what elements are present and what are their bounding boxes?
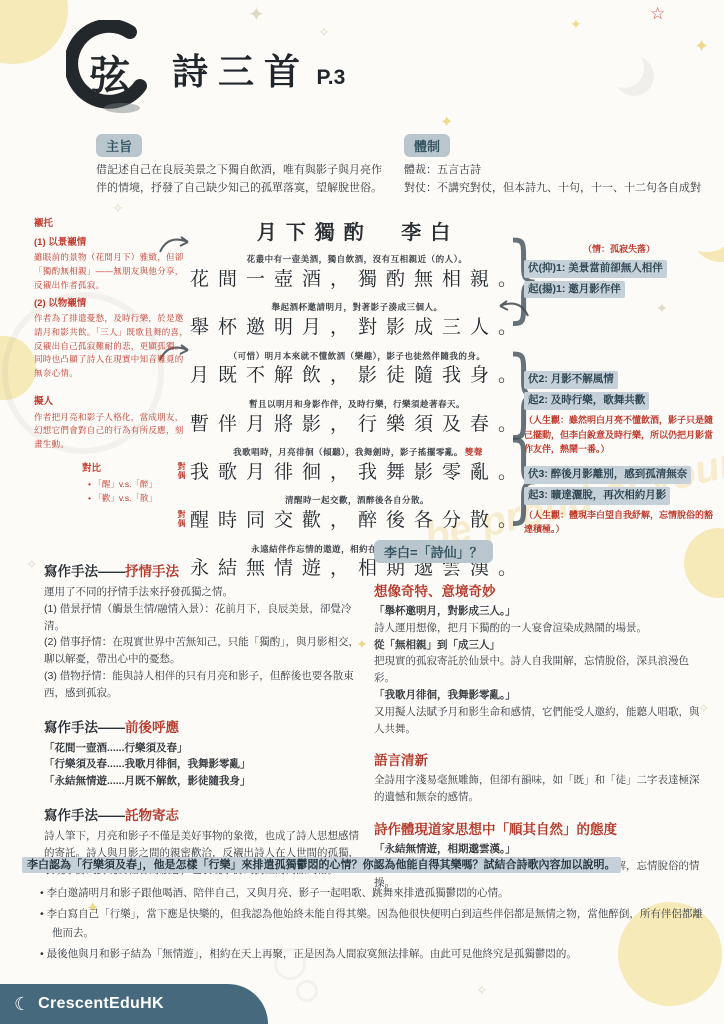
circle-doodle	[296, 980, 318, 1002]
structure-note: 伏(抑)1: 美景當前卻無人相伴	[524, 260, 667, 278]
analysis-text: 詩人運用想像，把月下獨酌的一人宴會渲染成熱鬧的場景。	[374, 620, 708, 637]
poem-author: 李白	[401, 222, 459, 244]
quote-line: 從「無相親」到「成三人」	[374, 637, 708, 654]
poem-gloss: 花叢中有一壺美酒，獨自飲酒，沒有互相親近（的人）。	[247, 254, 468, 264]
exam-question: 李白認為「行樂須及春」，他是怎樣「行樂」來排遣孤獨鬱悶的心情？你認為他能自得其樂…	[22, 855, 698, 876]
technique-heading: 寫作手法——託物寄志	[44, 804, 362, 824]
contrast-title: 對比	[82, 461, 190, 476]
poem-section: 月下獨酌 李白 花叢中有一壺美酒，獨自飲酒，沒有互相親近（的人）。 花間一壺酒，…	[190, 216, 526, 591]
technique-name: 前後呼應	[125, 720, 179, 735]
technique-prefix: 寫作手法——	[44, 720, 125, 735]
poem-title: 月下獨酌	[257, 222, 373, 244]
poem-line: 月既不解飲，影徒隨我身。	[190, 365, 526, 386]
life-view-note: （人生觀：雖然明白月亮不懂飲酒，影子只是隨己擺動，但李白銳意及時行樂，所以仍把月…	[524, 413, 714, 456]
echo-item: 「永結無情遊......月既不解飲，影徒隨我身」	[44, 773, 362, 790]
moon-decoration	[0, 336, 36, 400]
technique-prefix: 寫作手法——	[44, 808, 125, 823]
quote-line: 「舉杯邀明月，對影成三人。」	[374, 603, 708, 620]
techniques-column: 寫作手法——抒情手法 運用了不同的抒情手法來抒發孤獨之情。 (1) 借景抒情（觸…	[44, 546, 362, 878]
analysis-heading: 想像奇特、意境奇妙	[374, 580, 708, 600]
star-icon: ✧	[476, 982, 488, 999]
poet-badge: 李白=「詩仙」？	[374, 540, 493, 563]
answer-list: 李白邀請明月和影子跟他喝酒、陪伴自己，又與月亮、影子一起唱歌、跳舞來排遣孤獨鬱悶…	[40, 884, 704, 966]
poem-line: 花間一壺酒，獨酌無相親。	[190, 269, 526, 290]
contrast-item: 「醒」v.s.「醉」	[88, 478, 190, 492]
right-margin-notes: （情：孤寂失落） 伏(抑)1: 美景當前卻無人相伴 起(揚)1: 邀月影作伴 伏…	[524, 240, 714, 539]
brand-name: CrescentEduHK	[38, 995, 164, 1013]
technique-item: (3) 借物抒情：能與詩人相伴的只有月亮和影子，但醉後也要各散東西，感到孤寂。	[44, 668, 362, 702]
answer-item: 最後他與月和影子結為「無情遊」，相約在天上再聚，正是因為人間寂寞無法排解。由此可…	[40, 945, 704, 964]
technique-heading: 寫作手法——抒情手法	[44, 560, 362, 580]
structure-note: 伏2: 月影不解風情	[524, 371, 618, 389]
technique-name: 抒情手法	[125, 564, 179, 579]
poem-couplet: 我歌唱時，月亮徘徊（傾聽），我舞劍時，影子搖擺零亂。雙聲 對偶我歌月徘徊，我舞影…	[190, 446, 526, 487]
contrast-item: 「歡」v.s.「散」	[88, 492, 190, 506]
form-genre: 體裁：五言古詩	[404, 162, 704, 180]
poem-title-line: 月下獨酌 李白	[190, 216, 526, 245]
summary-section: 主旨 借記述自己在良辰美景之下獨自飲酒，唯有與影子與月亮作伴的情境，抒發了自己缺…	[96, 134, 388, 197]
poem-line: 暫伴月將影，行樂須及春。	[190, 414, 526, 435]
star-icon: ☆	[650, 4, 665, 24]
poem-couplet: 舉起酒杯邀請明月，對著影子湊成三個人。 舉杯邀明月，對影成三人。	[190, 301, 526, 342]
foil-item-text: 作者為了排遣憂愁，及時行樂，於是邀請月和影共飲。「三人」既歌且舞的喜，反襯出自己…	[34, 312, 190, 380]
structure-note: 伏3: 醉後月影離別，感到孤清無奈	[524, 466, 691, 484]
analysis-text: 全詩用字淺易毫無雕飾，但卻有韻味，如「既」和「徒」二字表達極深的遺憾和無奈的感情…	[374, 772, 708, 806]
star-icon: ✦	[694, 36, 709, 57]
technique-item: (1) 借景抒情（觸景生情/融情入景）：花前月下，良辰美景，卻覺冷清。	[44, 601, 362, 635]
couplet-label: 對偶	[176, 462, 187, 480]
page-title: 詩三首 P.3	[172, 44, 345, 95]
answer-item: 李白寫自己「行樂」，當下應是快樂的，但我認為他始終未能自得其樂。因為他很快便明白…	[40, 905, 704, 943]
left-margin-notes: 襯托 (1) 以景襯情 雖眼前的景物（花間月下）雅緻，但卻「獨酌無相親」——無朋…	[34, 212, 190, 506]
footer-brand-banner: ☾ CrescentEduHK	[0, 984, 268, 1024]
star-icon: ✧	[26, 556, 38, 573]
structure-note: 起2: 及時行樂，歌舞共歡	[524, 392, 649, 410]
question-text: 李白認為「行樂須及春」，他是怎樣「行樂」來排遣孤獨鬱悶的心情？你認為他能自得其樂…	[22, 857, 621, 873]
mood-note: （情：孤寂失落）	[524, 242, 714, 256]
analysis-heading: 語言清新	[374, 749, 708, 769]
foil-item-title: (2) 以物襯情	[34, 296, 190, 311]
poem-gloss: 清醒時一起交歡，酒醉後各自分散。	[285, 495, 429, 505]
summary-badge: 主旨	[96, 134, 142, 157]
title-text: 詩三首	[172, 44, 310, 95]
rhetoric-tag: 雙聲	[465, 447, 483, 457]
poem-gloss: 暫且以明月和身影作伴，及時行樂，行樂須趁著春天。	[249, 399, 465, 409]
couplet-label: 對偶	[176, 510, 187, 528]
form-section: 體制 體裁：五言古詩 對仗：不講究對仗，但本詩九、十句，十一、十二句各自成對	[404, 134, 704, 197]
star-icon: ✦	[440, 112, 453, 132]
poem-line: 醒時同交歡，醉後各分散。	[190, 510, 526, 531]
poem-line: 我歌月徘徊，我舞影零亂。	[190, 462, 526, 483]
poem-gloss: 我歌唱時，月亮徘徊（傾聽），我舞劍時，影子搖擺零亂。	[233, 447, 463, 457]
crescent-moon-decoration	[604, 48, 644, 88]
foil-item-title: (1) 以景襯情	[34, 235, 190, 250]
summary-text: 借記述自己在良辰美景之下獨自飲酒，唯有與影子與月亮作伴的情境，抒發了自己缺少知己…	[96, 162, 388, 197]
poem-couplet: （可惜）明月本來就不懂飲酒（樂趣），影子也徒然伴隨我的身。 月既不解飲，影徒隨我…	[190, 350, 526, 391]
form-antithesis: 對仗：不講究對仗，但本詩九、十句，十一、十二句各自成對	[404, 180, 704, 198]
poet-analysis-column: 李白=「詩仙」？ 想像奇特、意境奇妙 「舉杯邀明月，對影成三人。」 詩人運用想像…	[374, 540, 708, 891]
analysis-heading: 詩作體現道家思想中「順其自然」的態度	[374, 818, 708, 838]
worksheet-page: ✦ ✧ ☆ ✦ ✦ ✧ ✦ ✧ ✦ ✧ ✦ ✧ ✦ be proud of yo…	[0, 0, 724, 1024]
life-view-note: （人生觀：體現李白望自我紓解，忘情脫俗的豁達積極。）	[524, 508, 714, 537]
personification-title: 擬人	[34, 394, 190, 409]
technique-prefix: 寫作手法——	[44, 564, 125, 579]
form-badge: 體制	[404, 134, 450, 157]
analysis-text: 又用擬人法賦予月和影生命和感情，它們能受人邀約，能聽人唱歌，與人共舞。	[374, 704, 708, 738]
personification-text: 作者把月亮和影子人格化，當成朋友，幻想它們會對自己的行為有所反應，刻畫生動。	[34, 411, 190, 452]
echo-item: 「行樂須及春......我歌月徘徊，我舞影零亂」	[44, 756, 362, 773]
technique-item: (2) 借事抒情：在現實世界中苦無知己，只能「獨酌」，與月影相交，聊以解憂，帶出…	[44, 634, 362, 668]
poem-couplet: 清醒時一起交歡，酒醉後各自分散。 對偶醒時同交歡，醉後各分散。	[190, 494, 526, 535]
contrast-block: 對比 「醒」v.s.「醉」 「歡」v.s.「散」	[82, 461, 190, 505]
poem-gloss: 舉起酒杯邀請明月，對著影子湊成三個人。	[271, 302, 442, 312]
structure-note: 起(揚)1: 邀月影作伴	[524, 281, 625, 299]
technique-name: 託物寄志	[125, 808, 179, 823]
poem-gloss: （可惜）明月本來就不懂飲酒（樂趣），影子也徒然伴隨我的身。	[229, 351, 486, 361]
crescent-logo-icon: ☾	[14, 994, 30, 1015]
foil-item-text: 雖眼前的景物（花間月下）雅緻，但卻「獨酌無相親」——無朋友與他分享，反襯出作者孤…	[34, 251, 190, 292]
structure-note: 起3: 曠達灑脫，再次相約月影	[524, 487, 670, 505]
echo-item: 「花間一壺酒......行樂須及春」	[44, 740, 362, 757]
poem-couplet: 暫且以明月和身影作伴，及時行樂，行樂須趁著春天。 暫伴月將影，行樂須及春。	[190, 398, 526, 439]
foil-title: 襯托	[34, 216, 190, 231]
technique-intro: 運用了不同的抒情手法來抒發孤獨之情。	[44, 584, 362, 601]
technique-heading: 寫作手法——前後呼應	[44, 716, 362, 736]
brand-logo: 弦	[66, 20, 158, 116]
star-icon: ✦	[570, 16, 582, 33]
poem-line: 舉杯邀明月，對影成三人。	[190, 317, 526, 338]
page-number: P.3	[316, 66, 345, 90]
moon-decoration	[0, 0, 68, 64]
logo-character: 弦	[90, 44, 130, 101]
star-icon: ✦	[248, 2, 265, 27]
answer-item: 李白邀請明月和影子跟他喝酒、陪伴自己，又與月亮、影子一起唱歌、跳舞來排遣孤獨鬱悶…	[40, 884, 704, 903]
poem-couplet: 花叢中有一壺美酒，獨自飲酒，沒有互相親近（的人）。 花間一壺酒，獨酌無相親。	[190, 253, 526, 294]
quote-line: 「我歌月徘徊，我舞影零亂。」	[374, 687, 708, 704]
star-icon: ✧	[318, 24, 330, 41]
analysis-text: 把現實的孤寂寄託於仙景中。詩人自我開解，忘情脫俗，深具浪漫色彩。	[374, 653, 708, 687]
